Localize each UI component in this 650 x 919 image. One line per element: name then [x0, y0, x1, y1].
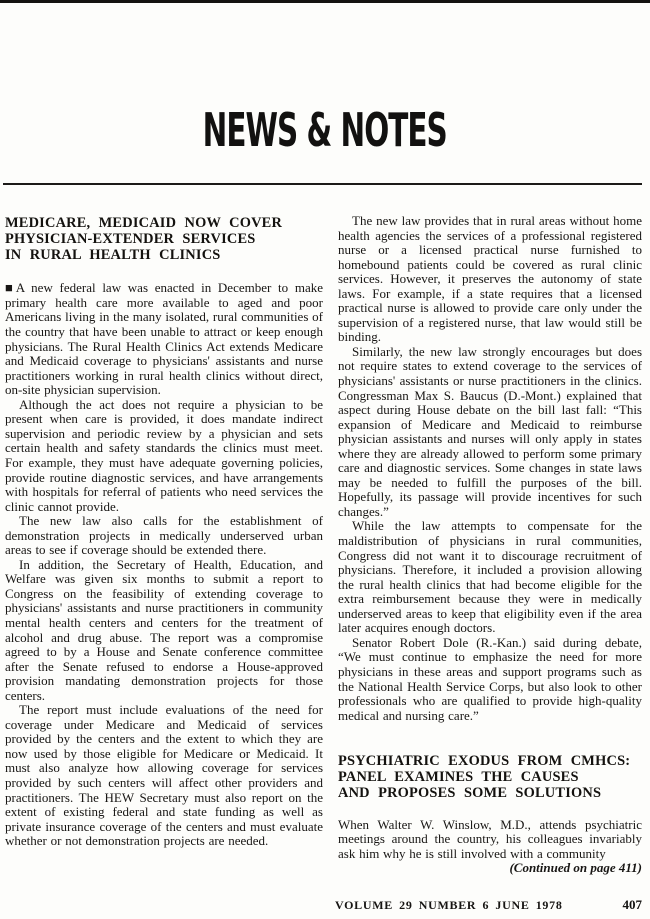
page-title: NEWS & NOTES	[203, 107, 447, 153]
article-heading-psychiatric-exodus: PSYCHIATRIC EXODUS FROM CMHCS: PANEL EXA…	[338, 754, 642, 801]
paragraph: While the law attempts to compensate for…	[338, 519, 642, 635]
page-footer: VOLUME 29 NUMBER 6 JUNE 1978 407	[5, 897, 642, 913]
heading-line: IN RURAL HEALTH CLINICS	[5, 248, 323, 264]
journal-page: NEWS & NOTES MEDICARE, MEDICAID NOW COVE…	[0, 0, 650, 919]
page-top-edge-rule	[0, 0, 650, 3]
paragraph: ■A new federal law was enacted in Decemb…	[5, 281, 323, 397]
heading-line: PANEL EXAMINES THE CAUSES	[338, 770, 642, 786]
heading-line: AND PROPOSES SOME SOLUTIONS	[338, 786, 642, 802]
heading-line: PSYCHIATRIC EXODUS FROM CMHCS:	[338, 754, 642, 770]
paragraph: The new law also calls for the establish…	[5, 514, 323, 558]
article-heading-medicare: MEDICARE, MEDICAID NOW COVER PHYSICIAN-E…	[5, 216, 323, 263]
paragraph: When Walter W. Winslow, M.D., attends ps…	[338, 818, 642, 862]
paragraph: The report must include evaluations of t…	[5, 703, 323, 848]
article-columns: MEDICARE, MEDICAID NOW COVER PHYSICIAN-E…	[5, 214, 642, 876]
heading-line: PHYSICIAN-EXTENDER SERVICES	[5, 232, 323, 248]
footer-page-number: 407	[623, 897, 643, 913]
left-column: MEDICARE, MEDICAID NOW COVER PHYSICIAN-E…	[5, 214, 323, 876]
paragraph: The new law provides that in rural areas…	[338, 214, 642, 345]
masthead: NEWS & NOTES	[0, 107, 650, 153]
footer-journal-line: VOLUME 29 NUMBER 6 JUNE 1978	[335, 898, 563, 913]
paragraph: In addition, the Secretary of Health, Ed…	[5, 558, 323, 703]
continuation-note: (Continued on page 411)	[338, 861, 642, 876]
masthead-divider-rule	[3, 183, 642, 185]
heading-line: MEDICARE, MEDICAID NOW COVER	[5, 216, 323, 232]
paragraph: Senator Robert Dole (R.-Kan.) said durin…	[338, 636, 642, 723]
paragraph: Although the act does not require a phys…	[5, 398, 323, 514]
right-column: The new law provides that in rural areas…	[338, 214, 642, 876]
paragraph: Similarly, the new law strongly encourag…	[338, 345, 642, 520]
